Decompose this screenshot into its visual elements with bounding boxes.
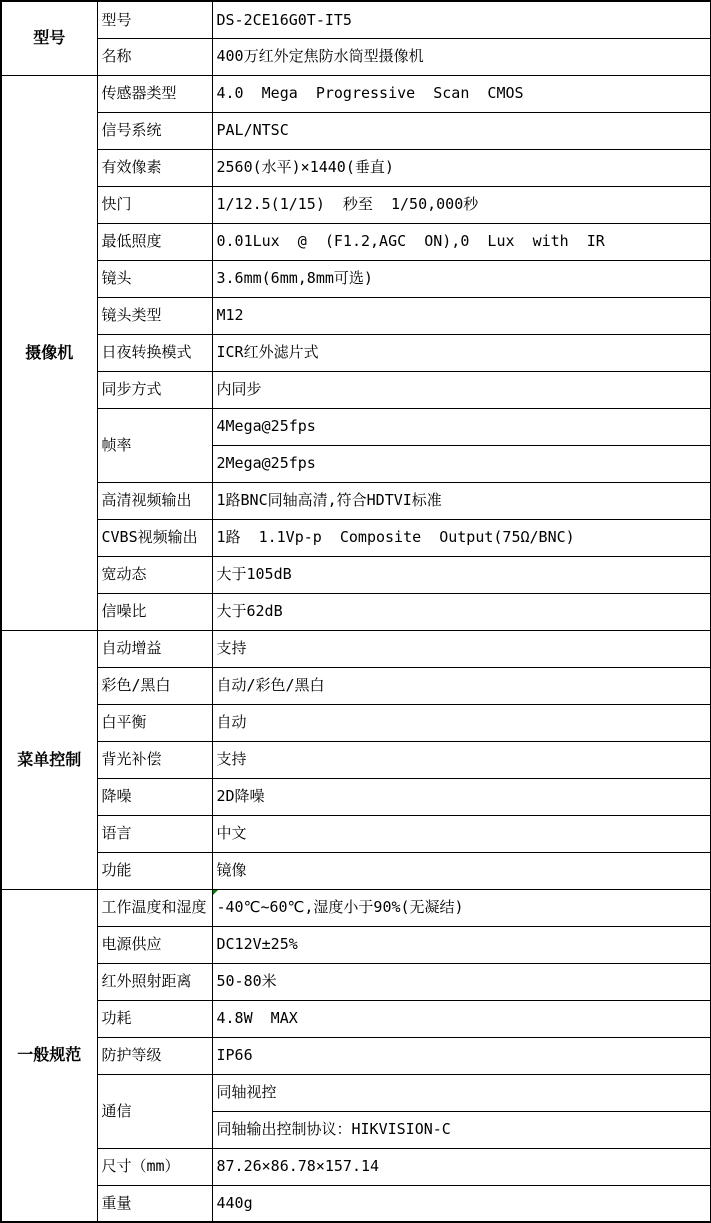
table-row: 信噪比大于62dB bbox=[1, 593, 711, 630]
spec-value-text: 支持 bbox=[217, 639, 247, 657]
spec-value-text: 3.6mm(6mm,8mm可选) bbox=[217, 269, 373, 287]
spec-value-text: 内同步 bbox=[217, 380, 262, 398]
spec-value-cell: 87.26×86.78×157.14 bbox=[212, 1148, 711, 1185]
table-row: 通信同轴视控 bbox=[1, 1074, 711, 1111]
spec-value-cell: 内同步 bbox=[212, 371, 711, 408]
table-row: 镜头3.6mm(6mm,8mm可选) bbox=[1, 260, 711, 297]
spec-name-cell: 自动增益 bbox=[97, 630, 212, 667]
spec-name-cell: 防护等级 bbox=[97, 1037, 212, 1074]
spec-value-cell: 3.6mm(6mm,8mm可选) bbox=[212, 260, 711, 297]
spec-value-cell: 50-80米 bbox=[212, 963, 711, 1000]
spec-name-cell: 传感器类型 bbox=[97, 75, 212, 112]
spec-name-cell: 信号系统 bbox=[97, 112, 212, 149]
spec-name-cell: 红外照射距离 bbox=[97, 963, 212, 1000]
section-cell-camera: 摄像机 bbox=[1, 75, 97, 630]
spec-value-cell: 同轴视控 bbox=[212, 1074, 711, 1111]
spec-value-cell: 中文 bbox=[212, 815, 711, 852]
spec-name-cell: 型号 bbox=[97, 1, 212, 38]
spec-value-text: 支持 bbox=[217, 750, 247, 768]
table-row: 一般规范工作温度和湿度-40℃~60℃,湿度小于90%(无凝结) bbox=[1, 889, 711, 926]
spec-value-text: 同轴输出控制协议：HIKVISION-C bbox=[217, 1120, 451, 1138]
spec-value-cell: 4.8W MAX bbox=[212, 1000, 711, 1037]
spec-value-text: DS-2CE16G0T-IT5 bbox=[217, 11, 352, 29]
spec-value-cell: DS-2CE16G0T-IT5 bbox=[212, 1, 711, 38]
spec-value-cell: 2560(水平)×1440(垂直) bbox=[212, 149, 711, 186]
spec-name-cell: 语言 bbox=[97, 815, 212, 852]
section-cell-model: 型号 bbox=[1, 1, 97, 75]
spec-name-cell: CVBS视频输出 bbox=[97, 519, 212, 556]
spec-name-cell: 工作温度和湿度 bbox=[97, 889, 212, 926]
spec-value-text: 大于105dB bbox=[217, 565, 292, 583]
spec-value-text: 自动/彩色/黑白 bbox=[217, 676, 325, 694]
spec-value-text: 4.8W MAX bbox=[217, 1009, 298, 1027]
spec-name-cell: 镜头类型 bbox=[97, 297, 212, 334]
table-row: 镜头类型M12 bbox=[1, 297, 711, 334]
table-row: 语言中文 bbox=[1, 815, 711, 852]
spec-name-cell: 日夜转换模式 bbox=[97, 334, 212, 371]
spec-value-text: -40℃~60℃,湿度小于90%(无凝结) bbox=[217, 898, 464, 916]
table-row: 同步方式内同步 bbox=[1, 371, 711, 408]
spec-value-cell: 1路 1.1Vp-p Composite Output(75Ω/BNC) bbox=[212, 519, 711, 556]
spec-name-cell: 尺寸（mm） bbox=[97, 1148, 212, 1185]
table-row: 摄像机传感器类型4.0 Mega Progressive Scan CMOS bbox=[1, 75, 711, 112]
spec-value-text: PAL/NTSC bbox=[217, 121, 289, 139]
spec-value-text: 440g bbox=[217, 1194, 253, 1212]
spec-name-cell: 电源供应 bbox=[97, 926, 212, 963]
spec-value-cell: 400万红外定焦防水筒型摄像机 bbox=[212, 38, 711, 75]
spec-value-text: 同轴视控 bbox=[217, 1083, 277, 1101]
table-row: 型号型号DS-2CE16G0T-IT5 bbox=[1, 1, 711, 38]
table-row: 帧率4Mega@25fps bbox=[1, 408, 711, 445]
spec-value-text: 50-80米 bbox=[217, 972, 277, 990]
table-row: 最低照度0.01Lux @ (F1.2,AGC ON),0 Lux with I… bbox=[1, 223, 711, 260]
table-row: 功耗4.8W MAX bbox=[1, 1000, 711, 1037]
spec-value-text: ICR红外滤片式 bbox=[217, 343, 319, 361]
spec-name-cell: 通信 bbox=[97, 1074, 212, 1148]
camera-spec-table: 型号型号DS-2CE16G0T-IT5名称400万红外定焦防水筒型摄像机摄像机传… bbox=[0, 0, 711, 1223]
spec-name-cell: 背光补偿 bbox=[97, 741, 212, 778]
spec-name-cell: 彩色/黑白 bbox=[97, 667, 212, 704]
spec-name-cell: 同步方式 bbox=[97, 371, 212, 408]
spec-value-text: 大于62dB bbox=[217, 602, 283, 620]
spec-value-text: 1路 1.1Vp-p Composite Output(75Ω/BNC) bbox=[217, 528, 575, 546]
spec-value-cell: 2D降噪 bbox=[212, 778, 711, 815]
spec-value-text: 4.0 Mega Progressive Scan CMOS bbox=[217, 84, 524, 102]
section-cell-general-spec: 一般规范 bbox=[1, 889, 97, 1222]
table-row: 菜单控制自动增益支持 bbox=[1, 630, 711, 667]
table-row: 彩色/黑白自动/彩色/黑白 bbox=[1, 667, 711, 704]
spec-name-cell: 快门 bbox=[97, 186, 212, 223]
spec-value-cell: 大于62dB bbox=[212, 593, 711, 630]
table-row: 降噪2D降噪 bbox=[1, 778, 711, 815]
spec-value-text: 4Mega@25fps bbox=[217, 417, 316, 435]
table-row: 红外照射距离50-80米 bbox=[1, 963, 711, 1000]
spec-value-cell: 支持 bbox=[212, 741, 711, 778]
table-row: 名称400万红外定焦防水筒型摄像机 bbox=[1, 38, 711, 75]
spec-name-cell: 降噪 bbox=[97, 778, 212, 815]
spec-name-cell: 高清视频输出 bbox=[97, 482, 212, 519]
table-row: 宽动态大于105dB bbox=[1, 556, 711, 593]
spec-value-cell: 自动/彩色/黑白 bbox=[212, 667, 711, 704]
table-row: 防护等级IP66 bbox=[1, 1037, 711, 1074]
spec-value-cell: 大于105dB bbox=[212, 556, 711, 593]
spec-value-text: IP66 bbox=[217, 1046, 253, 1064]
spec-value-cell: 2Mega@25fps bbox=[212, 445, 711, 482]
spec-value-cell: PAL/NTSC bbox=[212, 112, 711, 149]
spec-value-text: 400万红外定焦防水筒型摄像机 bbox=[217, 47, 424, 65]
spec-name-cell: 镜头 bbox=[97, 260, 212, 297]
spec-value-cell: 同轴输出控制协议：HIKVISION-C bbox=[212, 1111, 711, 1148]
spec-value-cell: DC12V±25% bbox=[212, 926, 711, 963]
table-row: 白平衡自动 bbox=[1, 704, 711, 741]
spec-table-body: 型号型号DS-2CE16G0T-IT5名称400万红外定焦防水筒型摄像机摄像机传… bbox=[1, 1, 711, 1222]
section-cell-menu-control: 菜单控制 bbox=[1, 630, 97, 889]
spec-name-cell: 重量 bbox=[97, 1185, 212, 1222]
table-row: 日夜转换模式ICR红外滤片式 bbox=[1, 334, 711, 371]
spec-value-cell: 自动 bbox=[212, 704, 711, 741]
spec-name-cell: 名称 bbox=[97, 38, 212, 75]
spec-value-text: 2560(水平)×1440(垂直) bbox=[217, 158, 394, 176]
table-row: 高清视频输出1路BNC同轴高清,符合HDTVI标准 bbox=[1, 482, 711, 519]
table-row: 功能镜像 bbox=[1, 852, 711, 889]
spec-value-text: 自动 bbox=[217, 713, 247, 731]
spec-value-cell: 支持 bbox=[212, 630, 711, 667]
spec-value-text: 中文 bbox=[217, 824, 247, 842]
spec-name-cell: 信噪比 bbox=[97, 593, 212, 630]
table-row: 电源供应DC12V±25% bbox=[1, 926, 711, 963]
spec-value-cell: M12 bbox=[212, 297, 711, 334]
spec-value-text: 1/12.5(1/15) 秒至 1/50,000秒 bbox=[217, 195, 479, 213]
table-row: 背光补偿支持 bbox=[1, 741, 711, 778]
spec-name-cell: 最低照度 bbox=[97, 223, 212, 260]
spec-value-text: 87.26×86.78×157.14 bbox=[217, 1157, 380, 1175]
table-row: 重量440g bbox=[1, 1185, 711, 1222]
spec-name-cell: 白平衡 bbox=[97, 704, 212, 741]
spec-value-cell: 1/12.5(1/15) 秒至 1/50,000秒 bbox=[212, 186, 711, 223]
table-row: 快门1/12.5(1/15) 秒至 1/50,000秒 bbox=[1, 186, 711, 223]
spec-value-text: 2D降噪 bbox=[217, 787, 265, 805]
spec-value-text: DC12V±25% bbox=[217, 935, 298, 953]
spec-value-cell: IP66 bbox=[212, 1037, 711, 1074]
spec-value-cell: 440g bbox=[212, 1185, 711, 1222]
spec-value-cell: 镜像 bbox=[212, 852, 711, 889]
spec-value-cell: 0.01Lux @ (F1.2,AGC ON),0 Lux with IR bbox=[212, 223, 711, 260]
spec-sheet-page: 型号型号DS-2CE16G0T-IT5名称400万红外定焦防水筒型摄像机摄像机传… bbox=[0, 0, 711, 1223]
spec-value-text: 1路BNC同轴高清,符合HDTVI标准 bbox=[217, 491, 442, 509]
spec-name-cell: 宽动态 bbox=[97, 556, 212, 593]
spec-value-cell: 4Mega@25fps bbox=[212, 408, 711, 445]
table-row: 尺寸（mm）87.26×86.78×157.14 bbox=[1, 1148, 711, 1185]
spec-name-cell: 功耗 bbox=[97, 1000, 212, 1037]
table-row: 有效像素2560(水平)×1440(垂直) bbox=[1, 149, 711, 186]
spec-value-text: 2Mega@25fps bbox=[217, 454, 316, 472]
spec-name-cell: 帧率 bbox=[97, 408, 212, 482]
spec-value-text: 0.01Lux @ (F1.2,AGC ON),0 Lux with IR bbox=[217, 232, 605, 250]
spec-value-cell: 4.0 Mega Progressive Scan CMOS bbox=[212, 75, 711, 112]
spec-value-cell: -40℃~60℃,湿度小于90%(无凝结) bbox=[212, 889, 711, 926]
table-row: 信号系统PAL/NTSC bbox=[1, 112, 711, 149]
spec-name-cell: 有效像素 bbox=[97, 149, 212, 186]
spec-value-text: M12 bbox=[217, 306, 244, 324]
spec-name-cell: 功能 bbox=[97, 852, 212, 889]
spec-value-cell: ICR红外滤片式 bbox=[212, 334, 711, 371]
comment-triangle-icon bbox=[213, 890, 219, 896]
spec-value-text: 镜像 bbox=[217, 861, 247, 879]
table-row: CVBS视频输出1路 1.1Vp-p Composite Output(75Ω/… bbox=[1, 519, 711, 556]
spec-value-cell: 1路BNC同轴高清,符合HDTVI标准 bbox=[212, 482, 711, 519]
